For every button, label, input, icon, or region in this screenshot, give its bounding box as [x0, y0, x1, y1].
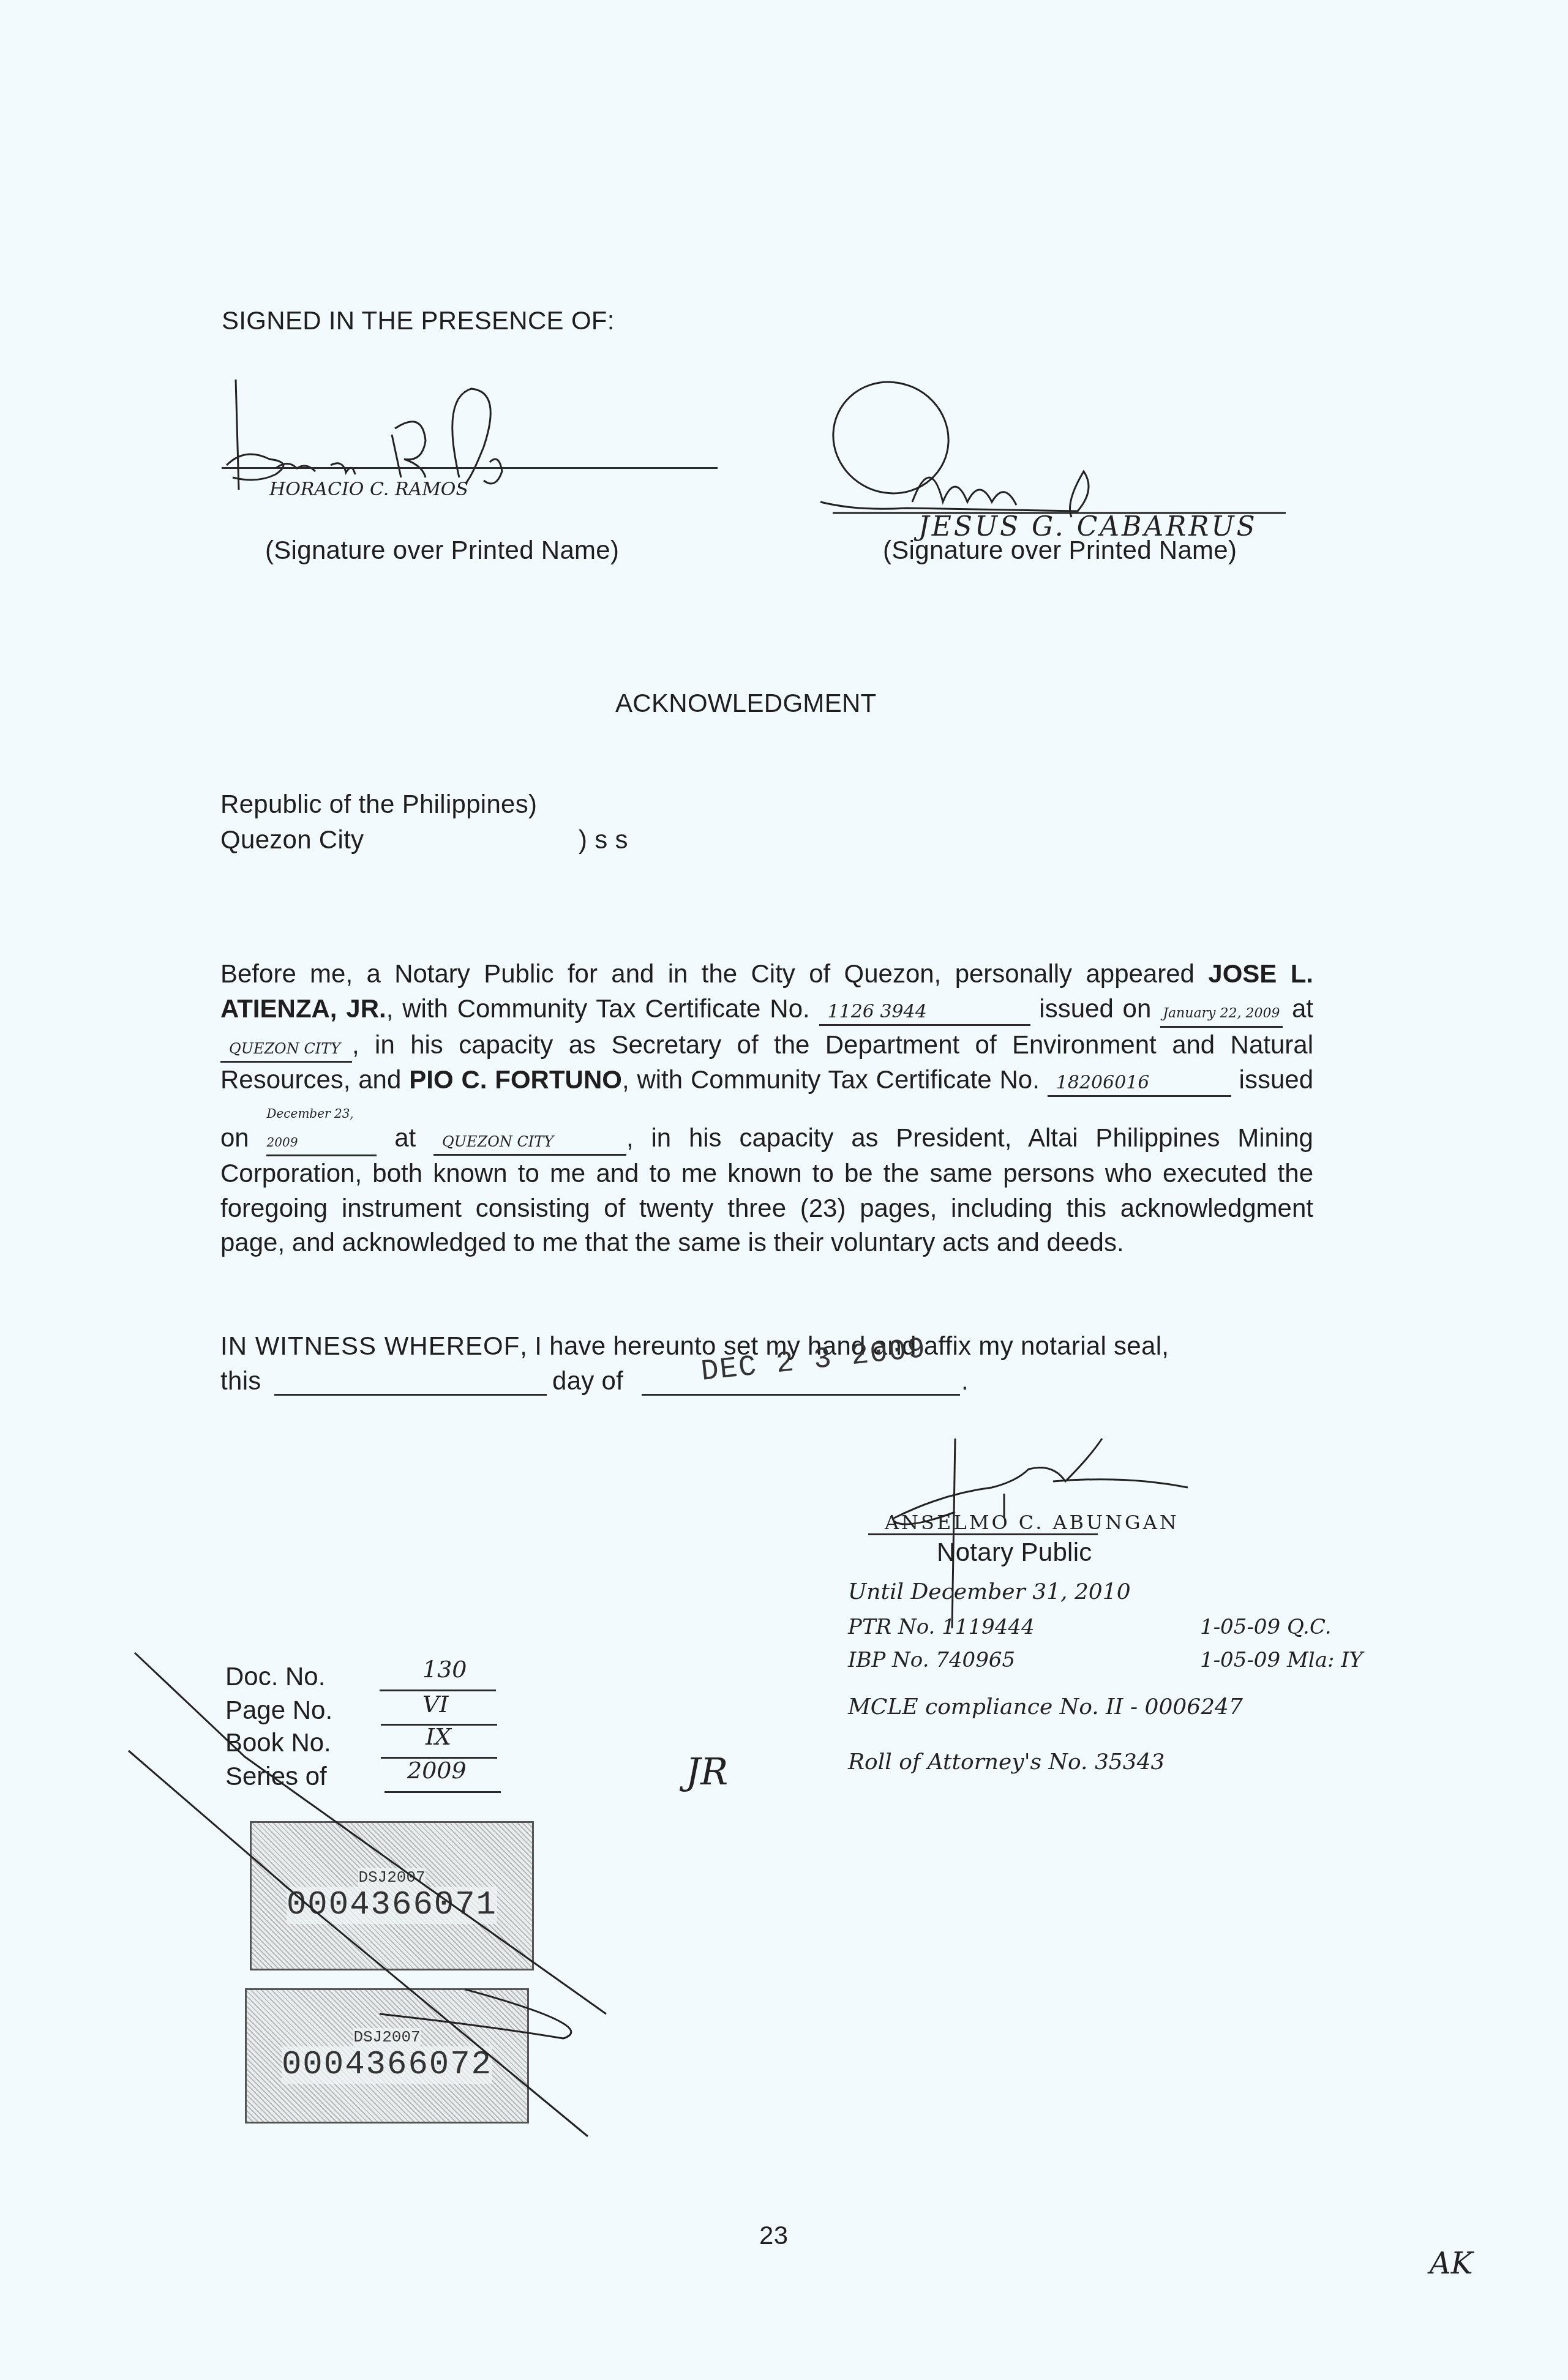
- notary-roll: Roll of Attorney's No. 35343: [848, 1749, 1165, 1775]
- person1-ctc-field: 1126 3944: [819, 997, 1030, 1026]
- person1-issue-date-field: January 22, 2009: [1160, 997, 1283, 1028]
- notary-ibp-date: 1-05-09 Mla: IY: [1200, 1648, 1363, 1672]
- body-ctc-text2: , with Community Tax Certificate No.: [622, 1065, 1040, 1094]
- witness-clause-lead: IN WITNESS WHEREOF: [220, 1331, 520, 1360]
- witness1-signature-line: [222, 467, 718, 469]
- notary-ibp: IBP No. 740965: [848, 1648, 1015, 1672]
- clause-end: .: [961, 1366, 969, 1396]
- person2-issue-place: QUEZON CITY: [433, 1133, 553, 1150]
- body-intro: Before me, a Notary Public for and in th…: [220, 959, 1195, 988]
- person2-issue-place-field: QUEZON CITY: [433, 1126, 626, 1156]
- initials-center: JR: [686, 1751, 728, 1794]
- witness1-caption: (Signature over Printed Name): [265, 536, 619, 565]
- witness2-caption: (Signature over Printed Name): [883, 536, 1237, 565]
- issued-on-label: issued on: [1039, 994, 1151, 1023]
- venue-city: Quezon City: [220, 825, 364, 855]
- witness1-printed-name: HORACIO C. RAMOS: [269, 479, 468, 500]
- day-of-label: day of: [552, 1366, 623, 1396]
- person1-issue-place: QUEZON CITY: [220, 1040, 340, 1057]
- acknowledgment-title: ACKNOWLEDGMENT: [615, 689, 877, 718]
- this-label: this: [220, 1366, 261, 1396]
- notary-signature-line: [868, 1533, 1098, 1535]
- at-label2: at: [394, 1123, 416, 1152]
- person2-ctc-no: 18206016: [1048, 1072, 1150, 1093]
- month-blank: [642, 1394, 960, 1396]
- person2-issue-date: December 23, 2009: [266, 1106, 353, 1150]
- day-blank: [274, 1394, 547, 1396]
- person1-issue-date: January 22, 2009: [1160, 1006, 1280, 1021]
- venue-country: Republic of the Philippines): [220, 790, 537, 819]
- notary-commission: Until December 31, 2010: [848, 1579, 1131, 1604]
- stamp-cancellation-lines: [122, 1647, 612, 2167]
- body-ctc-text: , with Community Tax Certificate No.: [386, 994, 810, 1023]
- acknowledgment-body: Before me, a Notary Public for and in th…: [220, 957, 1313, 1260]
- person1-ctc-no: 1126 3944: [819, 1001, 927, 1022]
- person2-ctc-field: 18206016: [1048, 1068, 1231, 1097]
- page-number: 23: [759, 2221, 788, 2250]
- at-label: at: [1292, 994, 1313, 1023]
- notary-title: Notary Public: [937, 1538, 1092, 1567]
- witness-heading: SIGNED IN THE PRESENCE OF:: [222, 306, 615, 335]
- notary-ptr-date: 1-05-09 Q.C.: [1200, 1615, 1332, 1639]
- notary-ptr: PTR No. 1119444: [848, 1615, 1035, 1639]
- notary-mcle: MCLE compliance No. II - 0006247: [848, 1694, 1243, 1720]
- person1-issue-place-field: QUEZON CITY: [220, 1033, 352, 1063]
- notary-printed-name: ANSELMO C. ABUNGAN: [885, 1511, 1179, 1534]
- venue-ss: ) s s: [579, 825, 628, 855]
- initials-corner: AK: [1430, 2247, 1473, 2281]
- person2-issue-date-field: December 23, 2009: [266, 1097, 377, 1156]
- person2-name: PIO C. FORTUNO: [409, 1065, 622, 1094]
- body-capacity2: , in his capacity as President, Altai Ph…: [220, 1123, 1313, 1257]
